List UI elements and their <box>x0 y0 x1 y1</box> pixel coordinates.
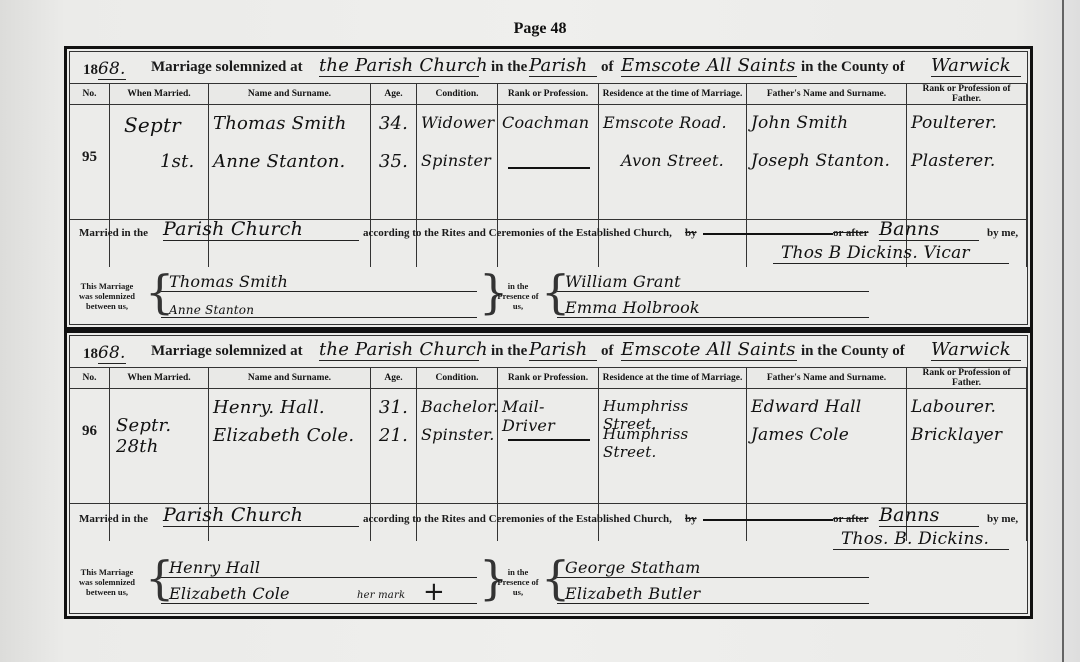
solemnized-at-label: Marriage solemnized at <box>151 343 303 360</box>
witness-signature-1: George Statham <box>557 557 869 578</box>
place-value: the Parish Church <box>319 55 479 77</box>
married-in-line: Married in the Parish Church according t… <box>79 505 1016 527</box>
of-label: of <box>601 343 614 360</box>
signatures-block: This Marriage was solemnized between us,… <box>73 271 1023 327</box>
col-father-rank: Rank or Profession of Father. <box>907 84 1027 105</box>
married-in-line: Married in the Parish Church according t… <box>79 219 1016 241</box>
witness-signature-1: William Grant <box>557 271 869 292</box>
bride-name: Elizabeth Cole. <box>213 425 368 446</box>
col-when-married: When Married. <box>110 368 209 389</box>
marriage-entry-96: 1868. Marriage solemnized at the Parish … <box>64 330 1033 619</box>
party-signature-2: Anne Stanton <box>161 297 477 318</box>
county-label: in the County of <box>801 343 905 360</box>
col-father-rank: Rank or Profession of Father. <box>907 368 1027 389</box>
in-the-label: in the <box>491 343 527 360</box>
col-age: Age. <box>371 368 417 389</box>
county-value: Warwick <box>931 55 1021 77</box>
minister-signature: Thos. B. Dickins. <box>833 529 1009 550</box>
district-value: Emscote All Saints <box>621 55 797 77</box>
banns-value: Banns <box>879 504 979 527</box>
col-residence: Residence at the time of Marriage. <box>599 84 747 105</box>
county-label: in the County of <box>801 59 905 76</box>
entry-header: 1868. Marriage solemnized at the Parish … <box>83 55 1020 79</box>
rank-cell: Coachman <box>498 105 599 268</box>
banns-value: Banns <box>879 218 979 241</box>
county-value: Warwick <box>931 339 1021 361</box>
col-rank: Rank or Profession. <box>498 368 599 389</box>
entry-header: 1868. Marriage solemnized at the Parish … <box>83 339 1020 363</box>
district-type-value: Parish <box>529 55 597 77</box>
col-no: No. <box>70 368 110 389</box>
col-rank: Rank or Profession. <box>498 84 599 105</box>
entry-number: 95 <box>70 105 110 268</box>
col-father-name: Father's Name and Surname. <box>747 84 907 105</box>
register-page: Page 48 1868. Marriage solemnized at the… <box>0 0 1080 662</box>
col-name: Name and Surname. <box>209 84 371 105</box>
her-mark-note: her mark <box>357 590 405 601</box>
witness-signature-2: Elizabeth Butler <box>557 583 869 604</box>
district-type-value: Parish <box>529 339 597 361</box>
of-label: of <box>601 59 614 76</box>
col-when-married: When Married. <box>110 84 209 105</box>
in-the-label: in the <box>491 59 527 76</box>
col-condition: Condition. <box>417 368 498 389</box>
col-no: No. <box>70 84 110 105</box>
solemnized-at-label: Marriage solemnized at <box>151 59 303 76</box>
col-condition: Condition. <box>417 84 498 105</box>
groom-name: Henry. Hall. <box>213 397 368 418</box>
age-cell: 34. 35. <box>371 105 417 268</box>
signatures-block: This Marriage was solemnized between us,… <box>73 557 1023 613</box>
married-in-value: Parish Church <box>163 218 359 241</box>
bride-name: Anne Stanton. <box>213 151 368 172</box>
col-name: Name and Surname. <box>209 368 371 389</box>
place-value: the Parish Church <box>319 339 479 361</box>
district-value: Emscote All Saints <box>621 339 797 361</box>
party-signature-1: Thomas Smith <box>161 271 477 292</box>
minister-signature: Thos B Dickins. Vicar <box>773 243 1009 264</box>
page-fold-line <box>1062 0 1064 662</box>
blank-dash <box>508 167 590 169</box>
col-residence: Residence at the time of Marriage. <box>599 368 747 389</box>
name-cell: Thomas Smith Anne Stanton. <box>209 105 371 268</box>
mark-cross-icon: + <box>423 577 445 607</box>
party-signature-2: Elizabeth Cole her mark + <box>161 583 477 604</box>
marriage-entry-95: 1868. Marriage solemnized at the Parish … <box>64 46 1033 330</box>
married-in-value: Parish Church <box>163 504 359 527</box>
blank-dash <box>508 439 590 441</box>
col-father-name: Father's Name and Surname. <box>747 368 907 389</box>
year-label: 1868. <box>83 59 126 80</box>
party-signature-1: Henry Hall <box>161 557 477 578</box>
when-married-cell: Septr 1st. <box>110 105 209 268</box>
page-number: Page 48 <box>0 20 1080 38</box>
residence-cell: Emscote Road. Avon Street. <box>599 105 747 268</box>
witness-signature-2: Emma Holbrook <box>557 297 869 318</box>
groom-name: Thomas Smith <box>213 113 368 134</box>
col-age: Age. <box>371 84 417 105</box>
year-label: 1868. <box>83 343 126 364</box>
condition-cell: Widower Spinster <box>417 105 498 268</box>
